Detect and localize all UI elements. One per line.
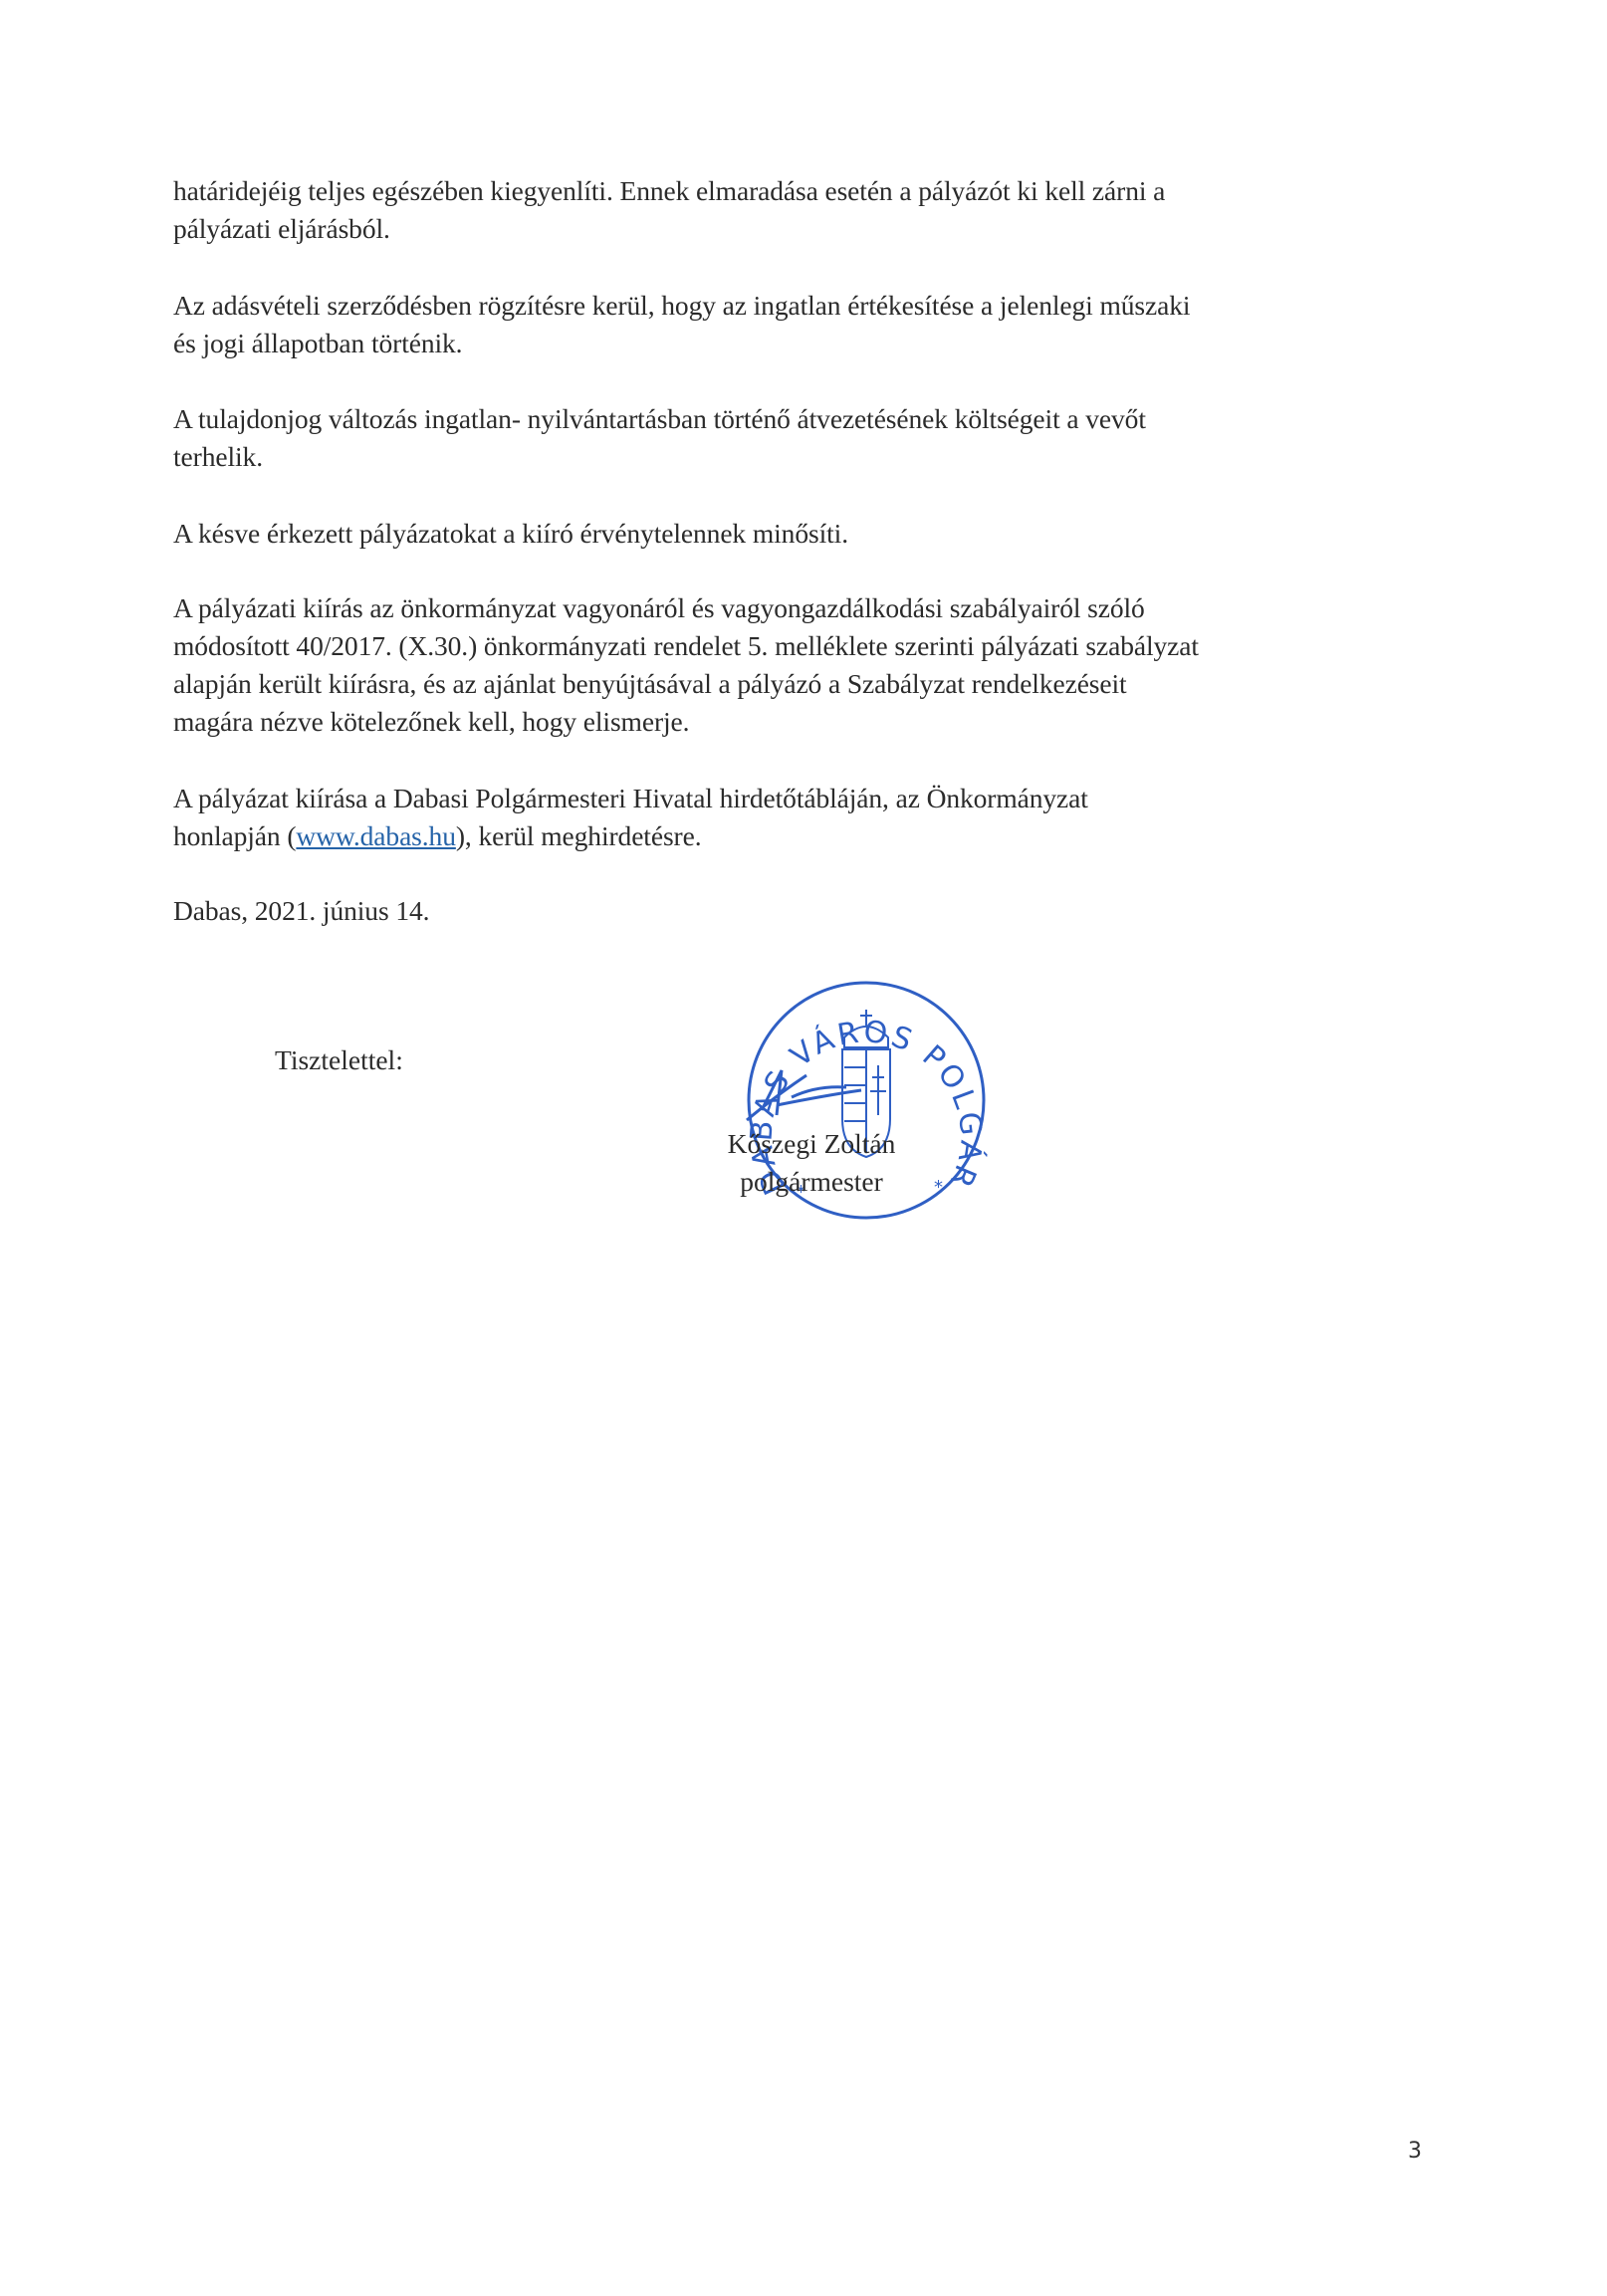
- text-line: és jogi állapotban történik.: [173, 325, 1448, 362]
- text-line: A tulajdonjog változás ingatlan- nyilván…: [173, 400, 1448, 438]
- closing-salutation: Tisztelettel:: [275, 1041, 403, 1079]
- text-line: A késve érkezett pályázatokat a kiíró ér…: [173, 515, 1448, 553]
- signer-name: Kőszegi Zoltán: [697, 1125, 926, 1163]
- text-line: Dabas, 2021. június 14.: [173, 892, 1448, 930]
- text-line: módosított 40/2017. (X.30.) önkormányzat…: [173, 627, 1448, 665]
- paragraph-ownership-costs: A tulajdonjog változás ingatlan- nyilván…: [173, 400, 1448, 476]
- text-fragment: ), kerül meghirdetésre.: [456, 820, 702, 851]
- date-line: Dabas, 2021. június 14.: [173, 892, 1448, 930]
- text-line: honlapján (www.dabas.hu), kerül meghirde…: [173, 817, 1448, 855]
- svg-text:*: *: [934, 1177, 943, 1198]
- text-line: terhelik.: [173, 438, 1448, 476]
- website-link[interactable]: www.dabas.hu: [296, 820, 455, 851]
- text-line: Az adásvételi szerződésben rögzítésre ke…: [173, 287, 1448, 325]
- paragraph-contract-condition: Az adásvételi szerződésben rögzítésre ke…: [173, 287, 1448, 362]
- text-line: alapján került kiírásra, és az ajánlat b…: [173, 665, 1448, 703]
- paragraph-announcement: A pályázat kiírása a Dabasi Polgármester…: [173, 780, 1448, 855]
- text-line: pályázati eljárásból.: [173, 210, 1448, 248]
- text-line: A pályázat kiírása a Dabasi Polgármester…: [173, 780, 1448, 817]
- text-line: határidejéig teljes egészében kiegyenlít…: [173, 172, 1448, 210]
- signer-title: polgármester: [697, 1163, 926, 1201]
- paragraph-payment-deadline: határidejéig teljes egészében kiegyenlít…: [173, 172, 1448, 248]
- paragraph-late-submissions: A késve érkezett pályázatokat a kiíró ér…: [173, 515, 1448, 553]
- paragraph-regulation: A pályázati kiírás az önkormányzat vagyo…: [173, 589, 1448, 741]
- signature-block: Kőszegi Zoltán polgármester: [697, 1125, 926, 1201]
- page-number: 3: [1408, 2139, 1422, 2164]
- text-line: magára nézve kötelezőnek kell, hogy elis…: [173, 703, 1448, 741]
- document-page: határidejéig teljes egészében kiegyenlít…: [0, 0, 1607, 2296]
- text-fragment: honlapján (: [173, 820, 296, 851]
- text-line: A pályázati kiírás az önkormányzat vagyo…: [173, 589, 1448, 627]
